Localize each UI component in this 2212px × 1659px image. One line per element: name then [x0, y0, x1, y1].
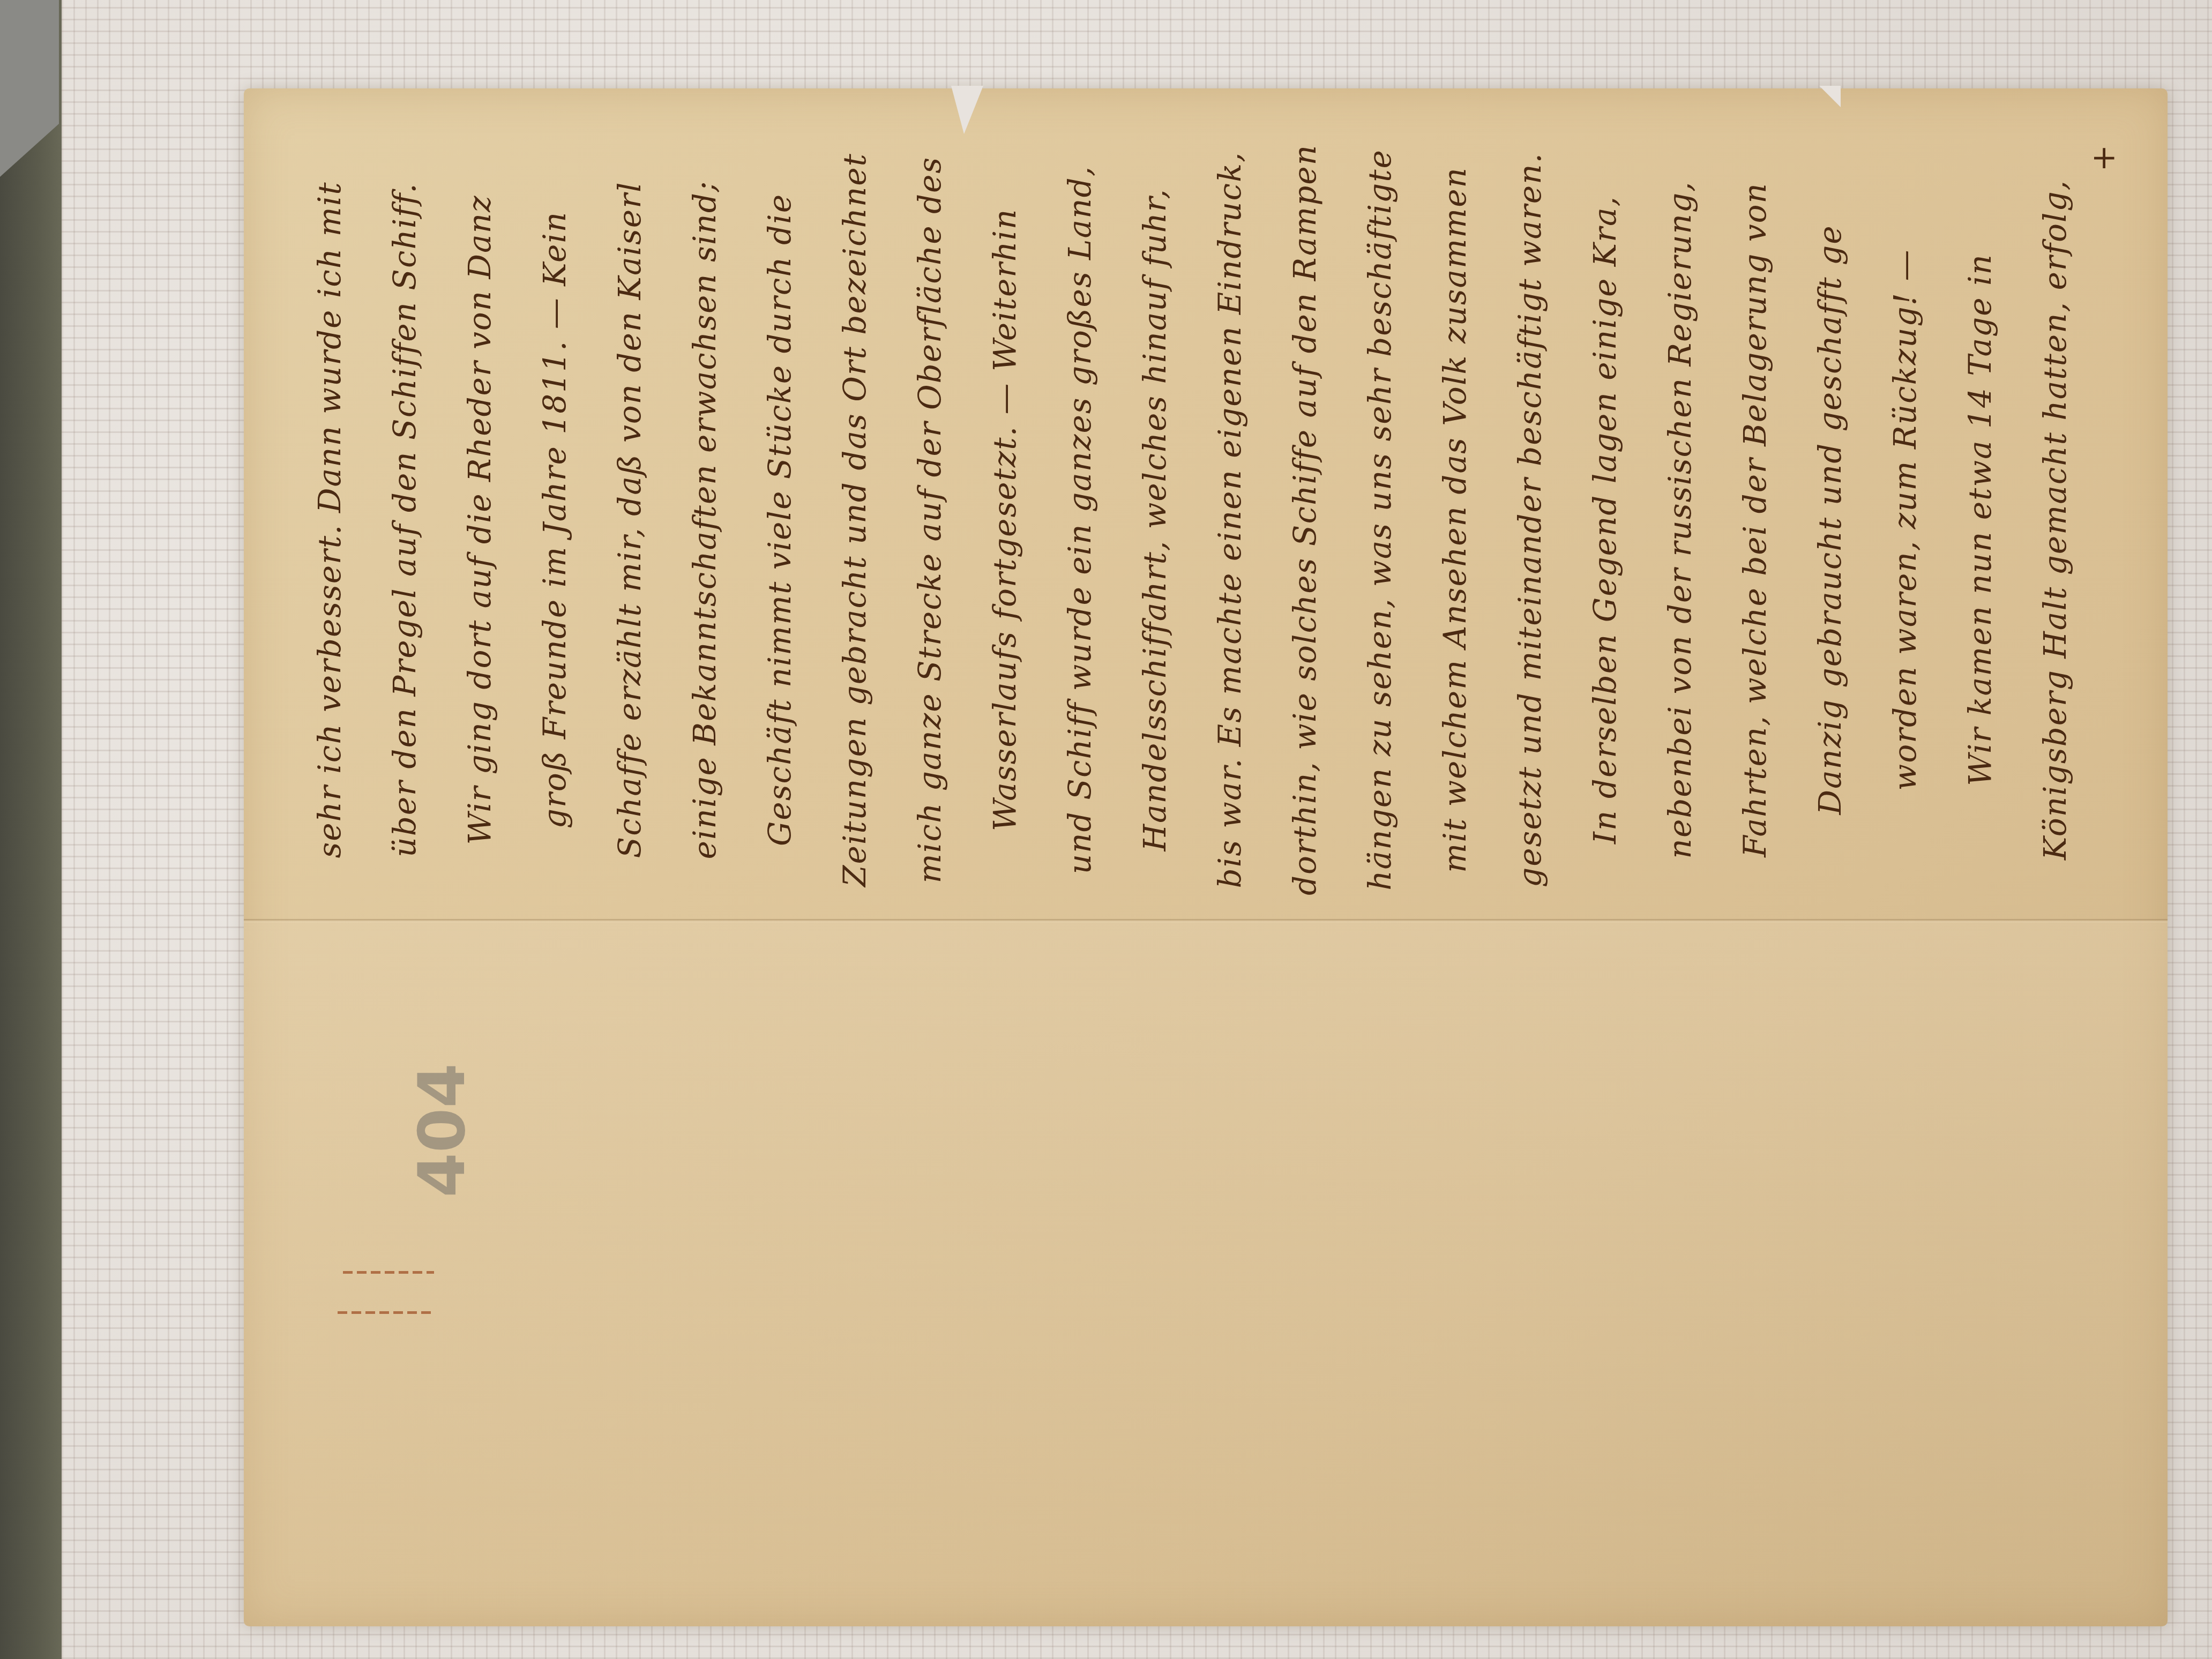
paper-fold-line	[244, 919, 2168, 922]
pencil-archive-number: 404	[405, 1063, 480, 1198]
handwritten-line: und Schiff wurde ein ganzes großes Land,	[1050, 123, 1109, 916]
handwritten-line: mich ganze Strecke auf der Oberfläche de…	[900, 123, 959, 916]
handwritten-line: gesetzt und miteinander beschäftigt ware…	[1500, 123, 1559, 916]
handwritten-line: groß Freunde im Jahre 1811. — Kein	[525, 123, 584, 916]
handwritten-line: nebenbei von der russischen Regierung,	[1650, 123, 1709, 916]
handwritten-line: einige Bekanntschaften erwachsen sind;	[675, 123, 734, 916]
handwritten-line: bis war. Es machte einen eigenen Eindruc…	[1200, 123, 1259, 916]
paper-slit	[343, 1271, 434, 1274]
end-mark: +	[2084, 145, 2122, 171]
handwritten-line: Handelsschiffahrt, welches hinauf fuhr,	[1125, 123, 1184, 916]
folded-lower-panel	[244, 922, 2168, 1626]
handwritten-line: Wir ging dort auf die Rheder von Danz	[450, 123, 509, 916]
paper-slit	[338, 1311, 434, 1314]
handwritten-line: dorthin, wie solches Schiffe auf den Ram…	[1275, 123, 1334, 916]
handwritten-line: hängen zu sehen, was uns sehr beschäftig…	[1350, 123, 1409, 916]
handwritten-line: Zeitungen gebracht und das Ort bezeichne…	[825, 123, 884, 916]
handwritten-line: mit welchem Ansehen das Volk zusammen	[1425, 123, 1484, 916]
handwritten-line: Danzig gebraucht und geschafft ge	[1800, 123, 1859, 916]
handwritten-line: Wir kamen nun etwa 14 Tage in	[1951, 123, 2009, 916]
handwritten-line: worden waren, zum Rückzug! —	[1875, 123, 1934, 916]
dark-background-strip	[0, 0, 64, 1659]
handwritten-line: sehr ich verbessert. Dann wurde ich mit	[300, 123, 359, 916]
handwritten-line: über den Pregel auf den Schiffen Schiff.	[375, 123, 434, 916]
handwritten-text-area: sehr ich verbessert. Dann wurde ich mit …	[300, 123, 2111, 916]
handwritten-line: In derselben Gegend lagen einige Kra,	[1575, 123, 1634, 916]
handwritten-line: Wasserlaufs fortgesetzt. — Weiterhin	[975, 123, 1034, 916]
handwritten-line: Königsberg Halt gemacht hatten, erfolg,	[2026, 123, 2084, 916]
handwritten-line: Fahrten, welche bei der Belagerung von	[1725, 123, 1784, 916]
handwritten-line: Schaffe erzählt mir, daß von den Kaiserl	[600, 123, 659, 916]
handwritten-line: Geschäft nimmt viele Stücke durch die	[750, 123, 809, 916]
